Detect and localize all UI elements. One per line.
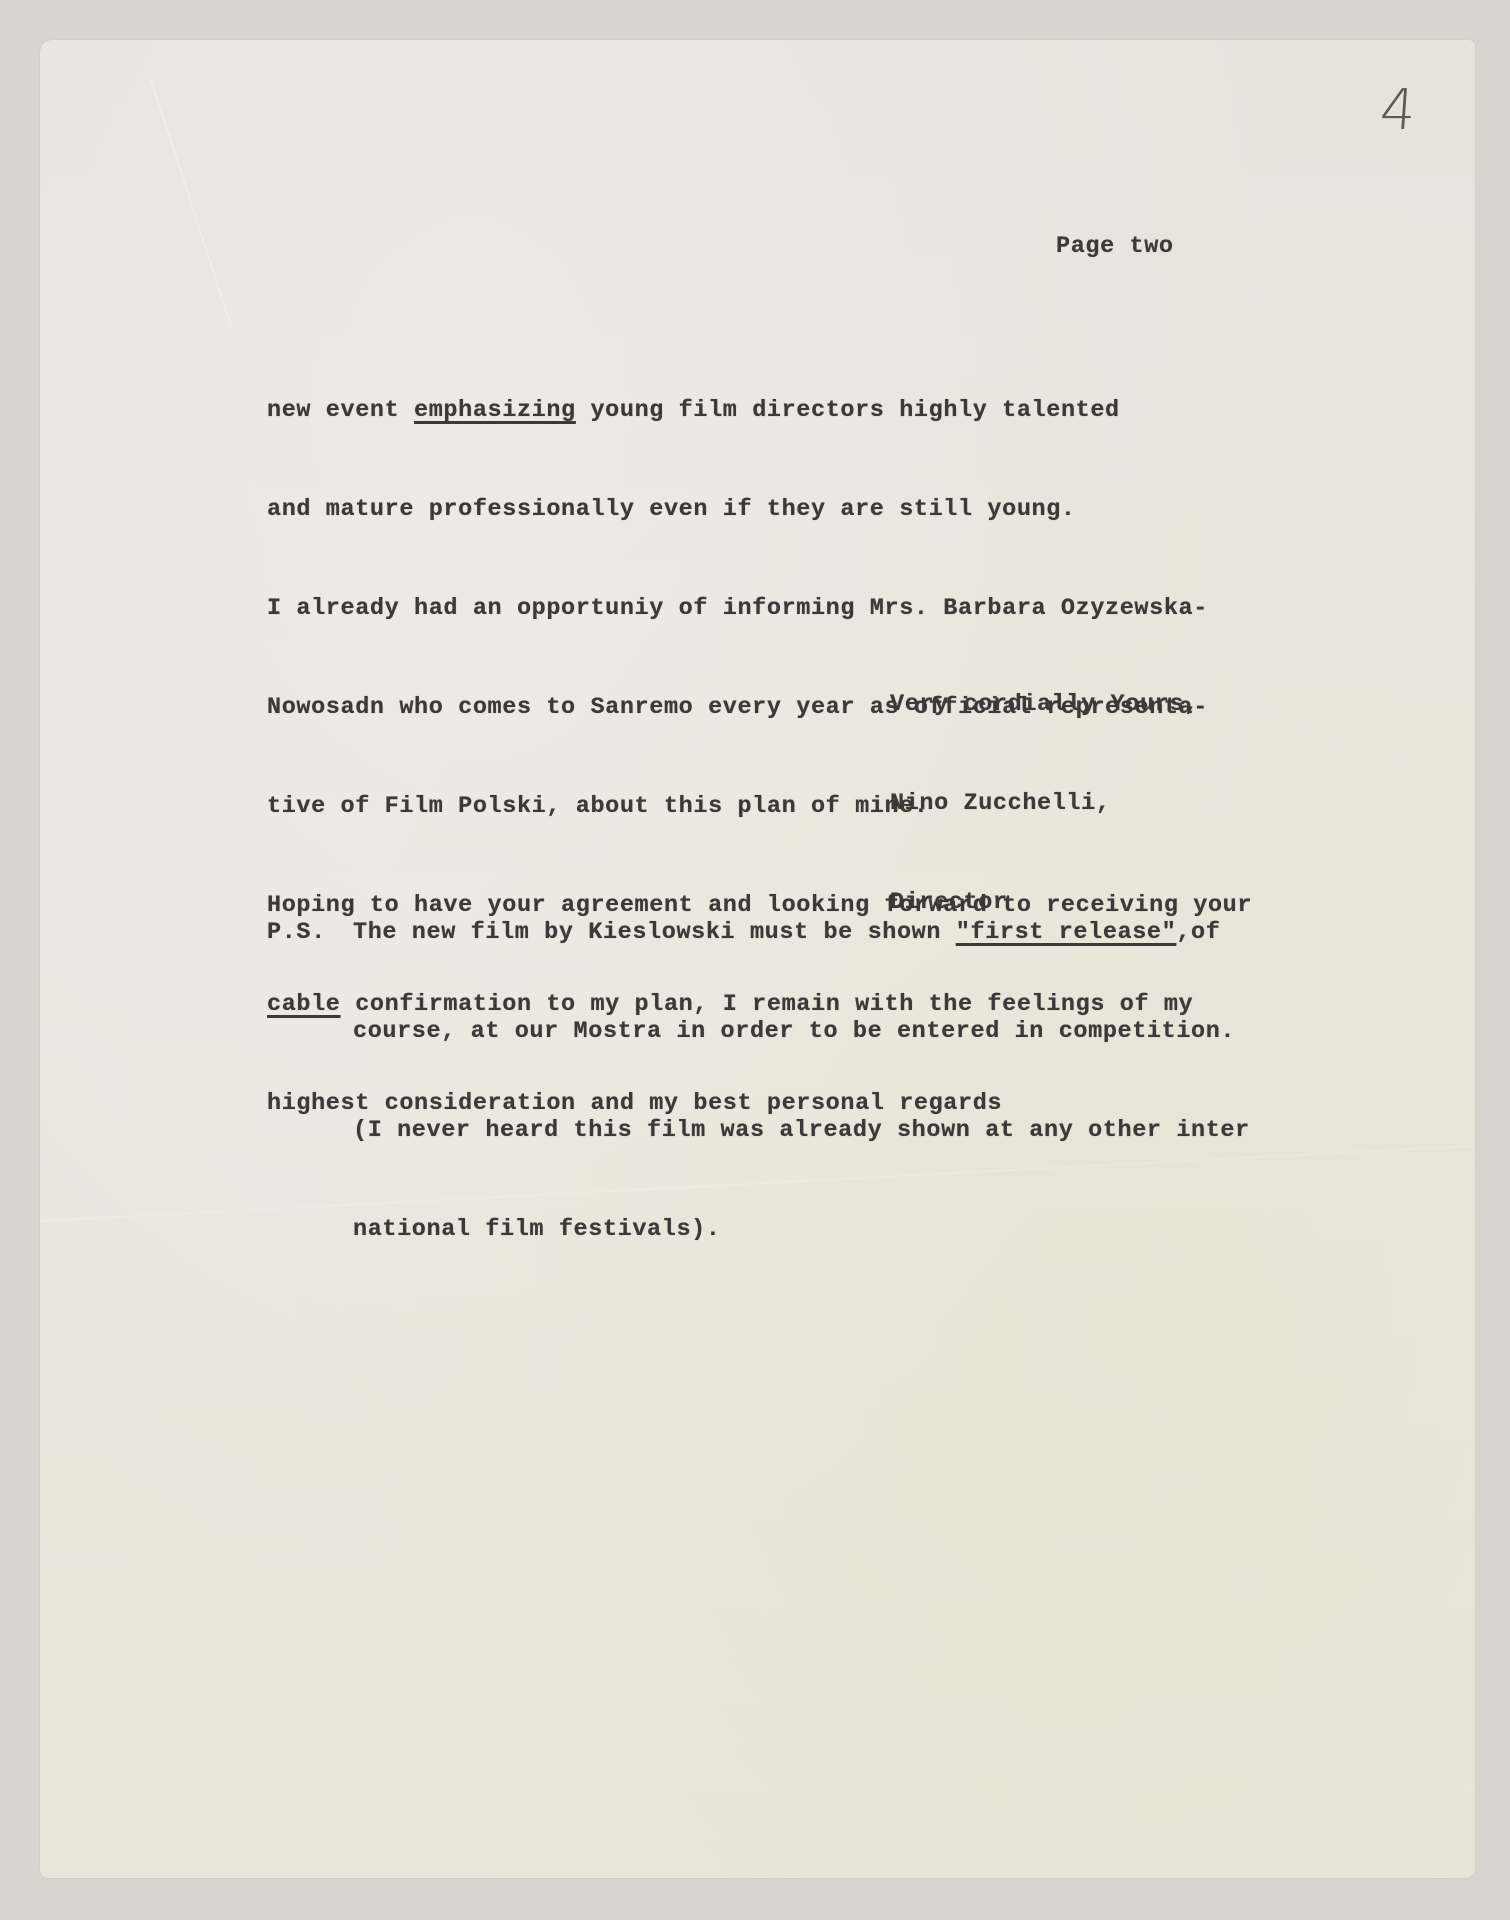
postscript-line: national film festivals). <box>267 1213 1250 1246</box>
page-heading: Page two <box>1056 230 1174 263</box>
postscript: P.S.The new film by Kieslowski must be s… <box>267 850 1250 1279</box>
body-line: and mature professionally even if they a… <box>267 493 1252 526</box>
postscript-line: course, at our Mostra in order to be ent… <box>267 1015 1250 1048</box>
closing: Very cordially Yours, <box>890 688 1199 721</box>
body-line: I already had an opportuniy of informing… <box>267 592 1252 625</box>
body-line: new event emphasizing young film directo… <box>267 394 1252 427</box>
underlined-word: emphasizing <box>414 397 576 424</box>
underlined-phrase: "first release" <box>956 919 1177 946</box>
handwritten-page-number: 4 <box>1378 78 1418 143</box>
signer-name: Nino Zucchelli, <box>890 787 1199 820</box>
postscript-line: (I never heard this film was already sho… <box>267 1114 1250 1147</box>
paper-crease <box>150 79 232 327</box>
postscript-line: P.S.The new film by Kieslowski must be s… <box>267 916 1250 949</box>
postscript-label: P.S. <box>267 916 353 949</box>
